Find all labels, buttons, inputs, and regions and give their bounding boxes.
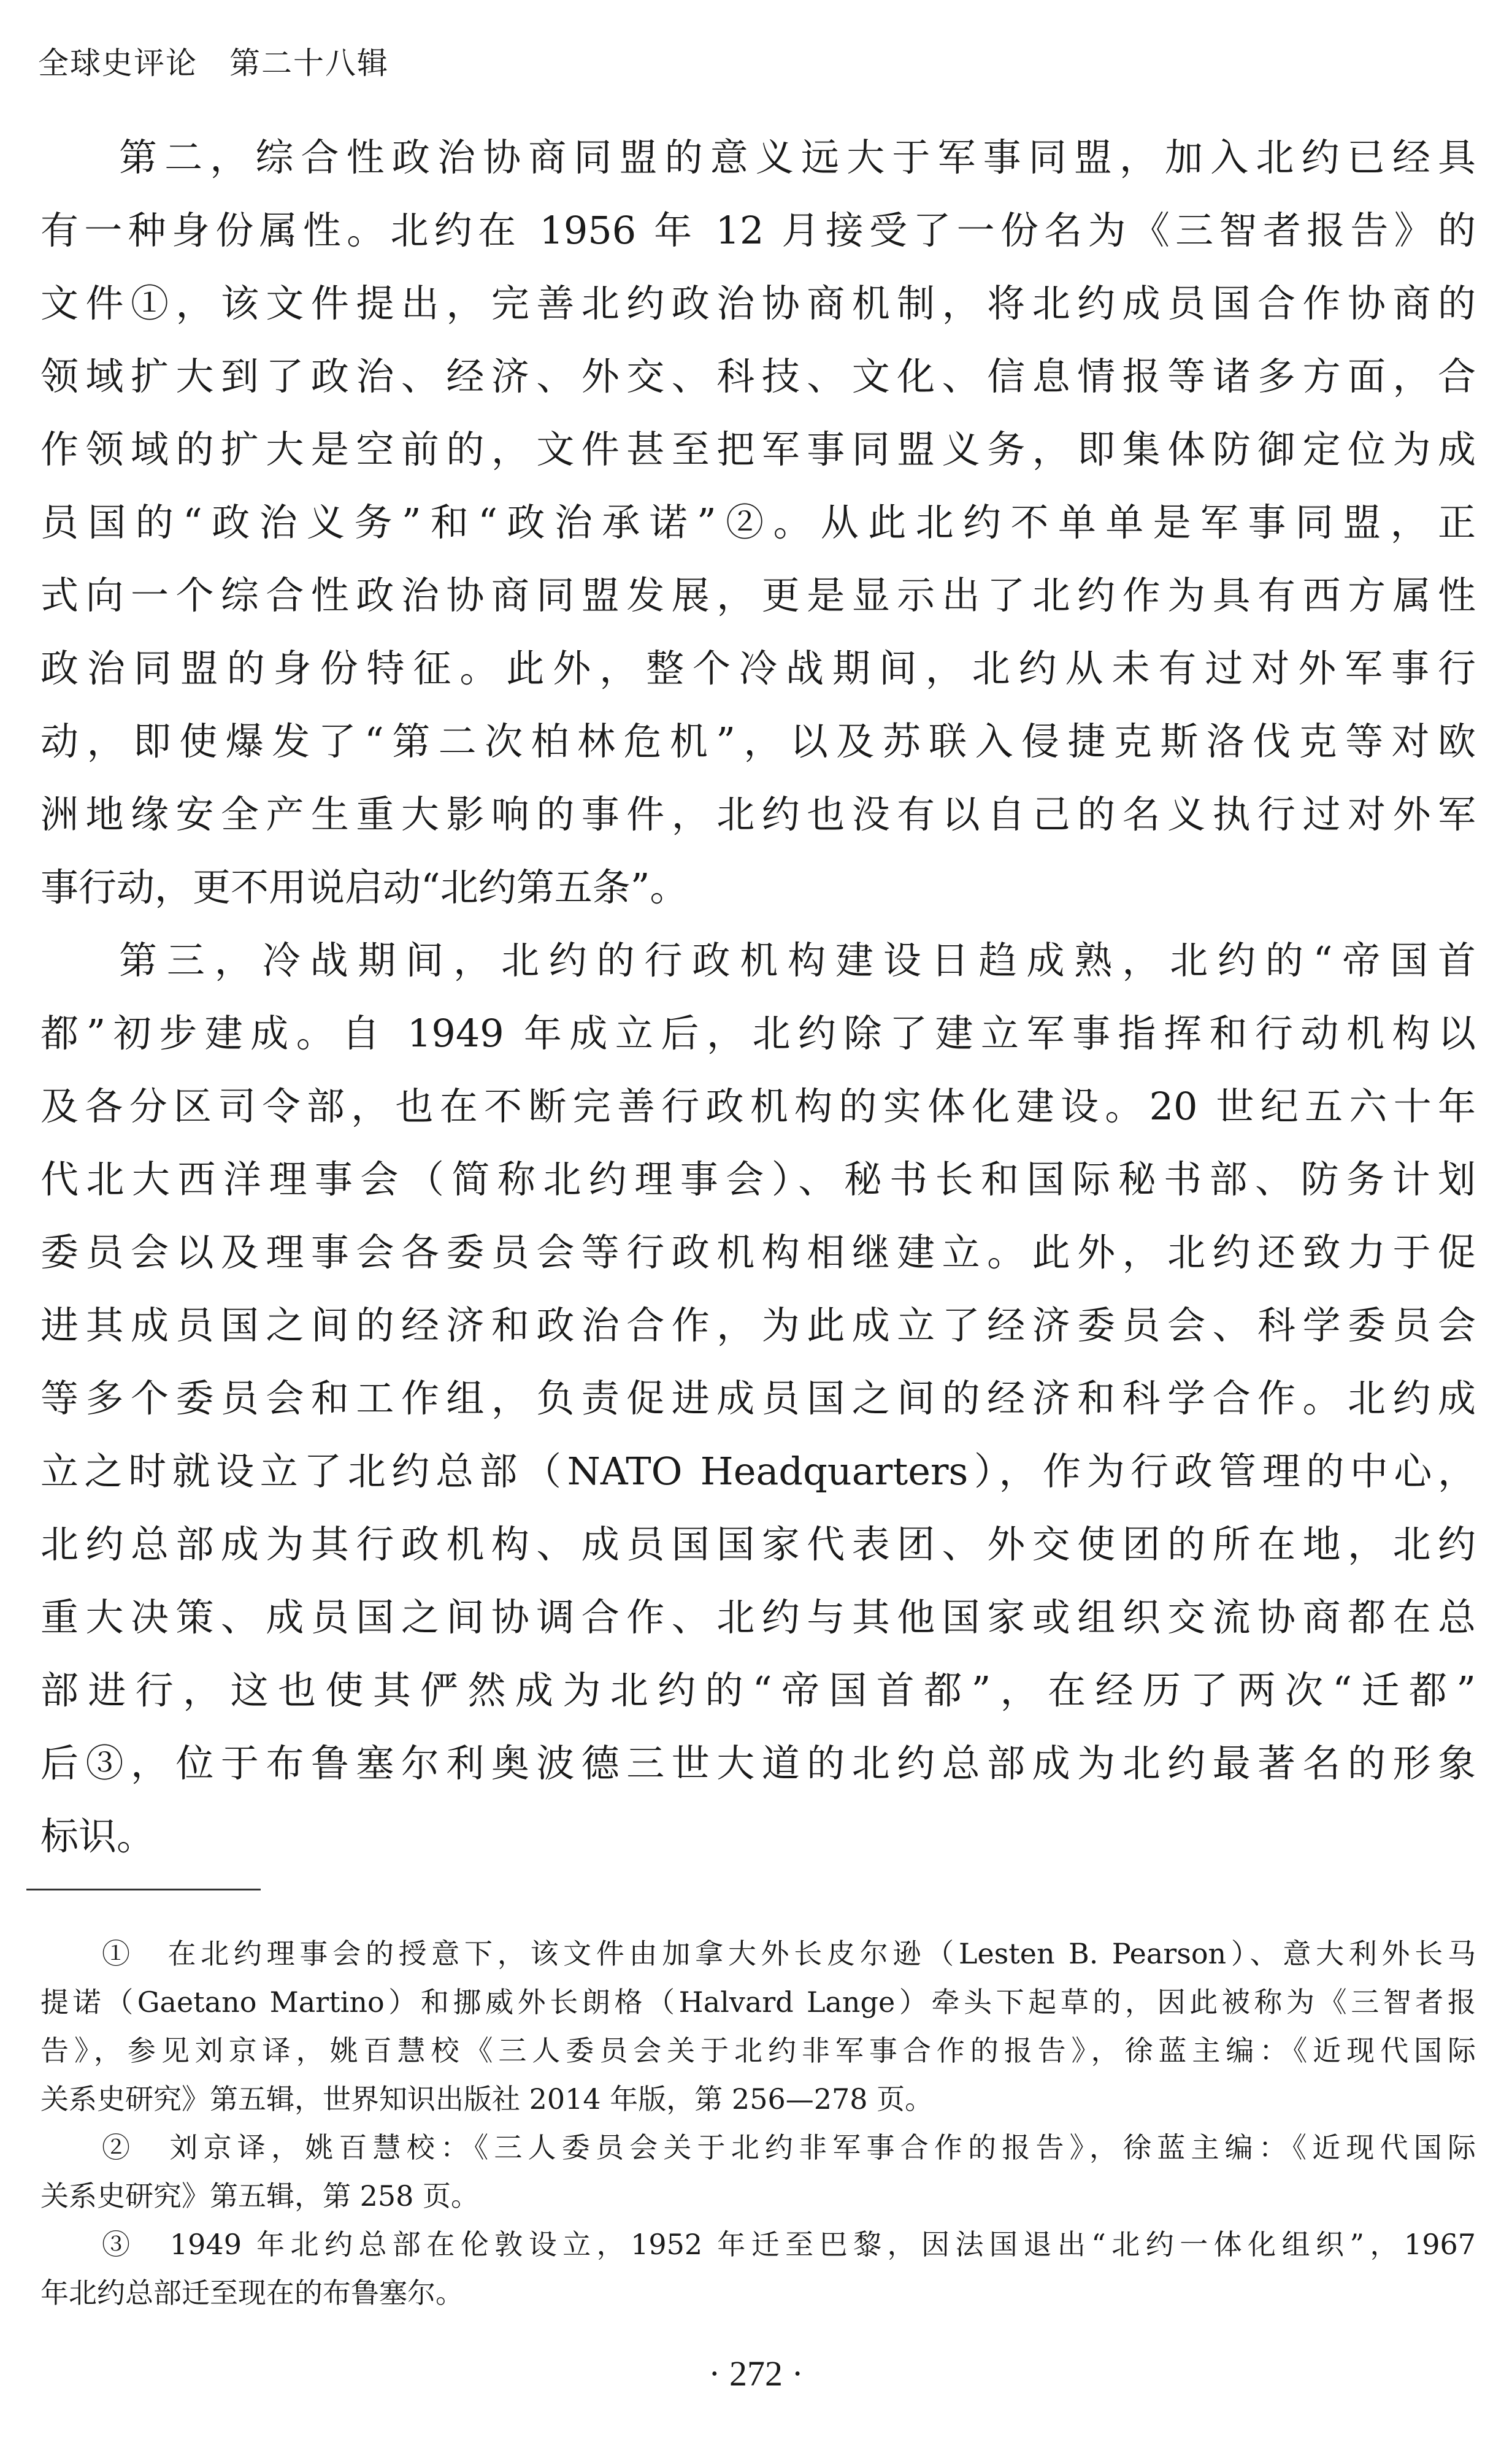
footnote-line: 告》，参见刘京译，姚百慧校《三人委员会关于北约非军事合作的报告》，徐蓝主编：《近…	[40, 2029, 1476, 2078]
footnote-3: ③ 1949 年北约总部在伦敦设立，1952 年迁至巴黎，因法国退出“北约一体化…	[40, 2223, 1476, 2320]
body-line: 第三，冷战期间，北约的行政机构建设日趋成熟，北约的“帝国首	[40, 933, 1476, 1006]
body-line: 政治同盟的身份特征。此外，整个冷战期间，北约从未有过对外军事行	[40, 641, 1476, 714]
footnote-line: 关系史研究》第五辑，世界知识出版社 2014 年版，第 256—278 页。	[40, 2078, 1476, 2126]
body-line: 都”初步建成。自 1949 年成立后，北约除了建立军事指挥和行动机构以	[40, 1006, 1476, 1079]
running-head: 全球史评论 第二十八辑	[38, 43, 389, 83]
body-line: 委员会以及理事会各委员会等行政机构相继建立。此外，北约还致力于促	[40, 1225, 1476, 1298]
footnote-line: ① 在北约理事会的授意下，该文件由加拿大外长皮尔逊（Lesten B. Pear…	[40, 1932, 1476, 1981]
paragraph-second-point: 第二，综合性政治协商同盟的意义远大于军事同盟，加入北约已经具 有一种身份属性。北…	[40, 130, 1476, 933]
footnote-line: 关系史研究》第五辑，第 258 页。	[40, 2174, 1476, 2223]
paragraph-third-point: 第三，冷战期间，北约的行政机构建设日趋成熟，北约的“帝国首 都”初步建成。自 1…	[40, 933, 1476, 1882]
body-line: 作领域的扩大是空前的，文件甚至把军事同盟义务，即集体防御定位为成	[40, 422, 1476, 495]
body-line: 事行动，更不用说启动“北约第五条”。	[40, 860, 1476, 933]
footnote-1: ① 在北约理事会的授意下，该文件由加拿大外长皮尔逊（Lesten B. Pear…	[40, 1932, 1476, 2126]
footnote-divider	[26, 1889, 261, 1890]
body-line: 部进行，这也使其俨然成为北约的“帝国首都”，在经历了两次“迁都”	[40, 1663, 1476, 1736]
body-line: 有一种身份属性。北约在 1956 年 12 月接受了一份名为《三智者报告》的	[40, 203, 1476, 276]
body-line: 标识。	[40, 1809, 1476, 1882]
footnote-line: ③ 1949 年北约总部在伦敦设立，1952 年迁至巴黎，因法国退出“北约一体化…	[40, 2223, 1476, 2271]
body-line: 及各分区司令部，也在不断完善行政机构的实体化建设。20 世纪五六十年	[40, 1079, 1476, 1152]
body-line: 领域扩大到了政治、经济、外交、科技、文化、信息情报等诸多方面，合	[40, 349, 1476, 422]
footnote-line: 年北约总部迁至现在的布鲁塞尔。	[40, 2271, 1476, 2320]
body-line: 洲地缘安全产生重大影响的事件，北约也没有以自己的名义执行过对外军	[40, 787, 1476, 860]
page-number: · 272 ·	[0, 2352, 1512, 2395]
body-line: 动，即使爆发了“第二次柏林危机”，以及苏联入侵捷克斯洛伐克等对欧	[40, 714, 1476, 787]
body-line: 第二，综合性政治协商同盟的意义远大于军事同盟，加入北约已经具	[40, 130, 1476, 203]
footnotes: ① 在北约理事会的授意下，该文件由加拿大外长皮尔逊（Lesten B. Pear…	[40, 1932, 1476, 2320]
footnote-line: ② 刘京译，姚百慧校：《三人委员会关于北约非军事合作的报告》，徐蓝主编：《近现代…	[40, 2126, 1476, 2174]
footnote-line: 提诺（Gaetano Martino）和挪威外长朗格（Halvard Lange…	[40, 1981, 1476, 2029]
body-line: 立之时就设立了北约总部（NATO Headquarters），作为行政管理的中心…	[40, 1444, 1476, 1517]
body-line: 代北大西洋理事会（简称北约理事会）、秘书长和国际秘书部、防务计划	[40, 1152, 1476, 1225]
body-line: 等多个委员会和工作组，负责促进成员国之间的经济和科学合作。北约成	[40, 1371, 1476, 1444]
footnote-2: ② 刘京译，姚百慧校：《三人委员会关于北约非军事合作的报告》，徐蓝主编：《近现代…	[40, 2126, 1476, 2223]
body-line: 式向一个综合性政治协商同盟发展，更是显示出了北约作为具有西方属性	[40, 568, 1476, 641]
body-line: 重大决策、成员国之间协调合作、北约与其他国家或组织交流协商都在总	[40, 1590, 1476, 1663]
body-line: 后③，位于布鲁塞尔利奥波德三世大道的北约总部成为北约最著名的形象	[40, 1736, 1476, 1809]
body-line: 进其成员国之间的经济和政治合作，为此成立了经济委员会、科学委员会	[40, 1298, 1476, 1371]
body-line: 北约总部成为其行政机构、成员国国家代表团、外交使团的所在地，北约	[40, 1517, 1476, 1590]
body-line: 员国的“政治义务”和“政治承诺”②。从此北约不单单是军事同盟，正	[40, 495, 1476, 568]
body-line: 文件①，该文件提出，完善北约政治协商机制，将北约成员国合作协商的	[40, 276, 1476, 349]
body-text: 第二，综合性政治协商同盟的意义远大于军事同盟，加入北约已经具 有一种身份属性。北…	[40, 130, 1476, 1882]
